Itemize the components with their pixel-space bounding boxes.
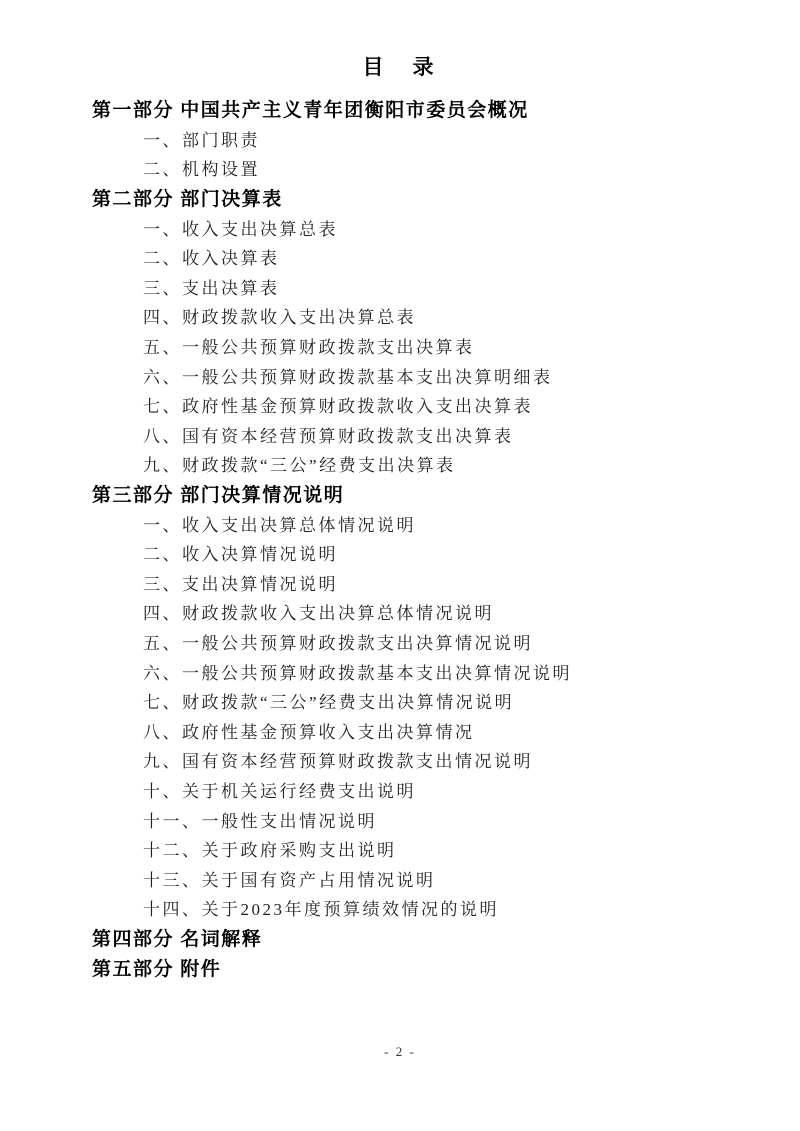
toc-item: 三、支出决算表	[92, 272, 760, 302]
toc-item: 六、一般公共预算财政拨款基本支出决算情况说明	[92, 656, 760, 686]
toc-item: 四、财政拨款收入支出决算总表	[92, 301, 760, 331]
toc-item: 一、收入支出决算总表	[92, 212, 760, 242]
toc-item: 二、机构设置	[92, 153, 760, 183]
toc-item: 十四、关于2023年度预算绩效情况的说明	[92, 893, 760, 923]
toc-part-heading: 第四部分 名词解释	[92, 923, 760, 953]
toc-part-heading: 第五部分 附件	[92, 952, 760, 982]
toc-item: 一、部门职责	[92, 124, 760, 154]
toc-item: 四、财政拨款收入支出决算总体情况说明	[92, 597, 760, 627]
document-page: 目 录 第一部分 中国共产主义青年团衡阳市委员会概况 一、部门职责 二、机构设置…	[0, 0, 800, 1131]
toc-part-heading: 第三部分 部门决算情况说明	[92, 479, 760, 509]
toc-item: 九、财政拨款“三公”经费支出决算表	[92, 449, 760, 479]
toc-item: 八、国有资本经营预算财政拨款支出决算表	[92, 420, 760, 450]
toc-part-heading: 第一部分 中国共产主义青年团衡阳市委员会概况	[92, 94, 760, 124]
toc-item: 五、一般公共预算财政拨款支出决算表	[92, 331, 760, 361]
page-title: 目 录	[0, 0, 800, 79]
toc-item: 一、收入支出决算总体情况说明	[92, 508, 760, 538]
toc-item: 十三、关于国有资产占用情况说明	[92, 863, 760, 893]
toc-item: 二、收入决算表	[92, 242, 760, 272]
page-number: - 2 -	[0, 1044, 800, 1060]
toc-item: 七、政府性基金预算财政拨款收入支出决算表	[92, 390, 760, 420]
toc-item: 九、国有资本经营预算财政拨款支出情况说明	[92, 745, 760, 775]
toc-item: 七、财政拨款“三公”经费支出决算情况说明	[92, 686, 760, 716]
toc-item: 十、关于机关运行经费支出说明	[92, 775, 760, 805]
toc-item: 八、政府性基金预算收入支出决算情况	[92, 715, 760, 745]
table-of-contents: 第一部分 中国共产主义青年团衡阳市委员会概况 一、部门职责 二、机构设置 第二部…	[92, 94, 760, 982]
toc-item: 六、一般公共预算财政拨款基本支出决算明细表	[92, 360, 760, 390]
toc-item: 十二、关于政府采购支出说明	[92, 834, 760, 864]
toc-item: 三、支出决算情况说明	[92, 568, 760, 598]
toc-item: 二、收入决算情况说明	[92, 538, 760, 568]
toc-item: 十一、一般性支出情况说明	[92, 804, 760, 834]
toc-part-heading: 第二部分 部门决算表	[92, 183, 760, 213]
toc-item: 五、一般公共预算财政拨款支出决算情况说明	[92, 627, 760, 657]
